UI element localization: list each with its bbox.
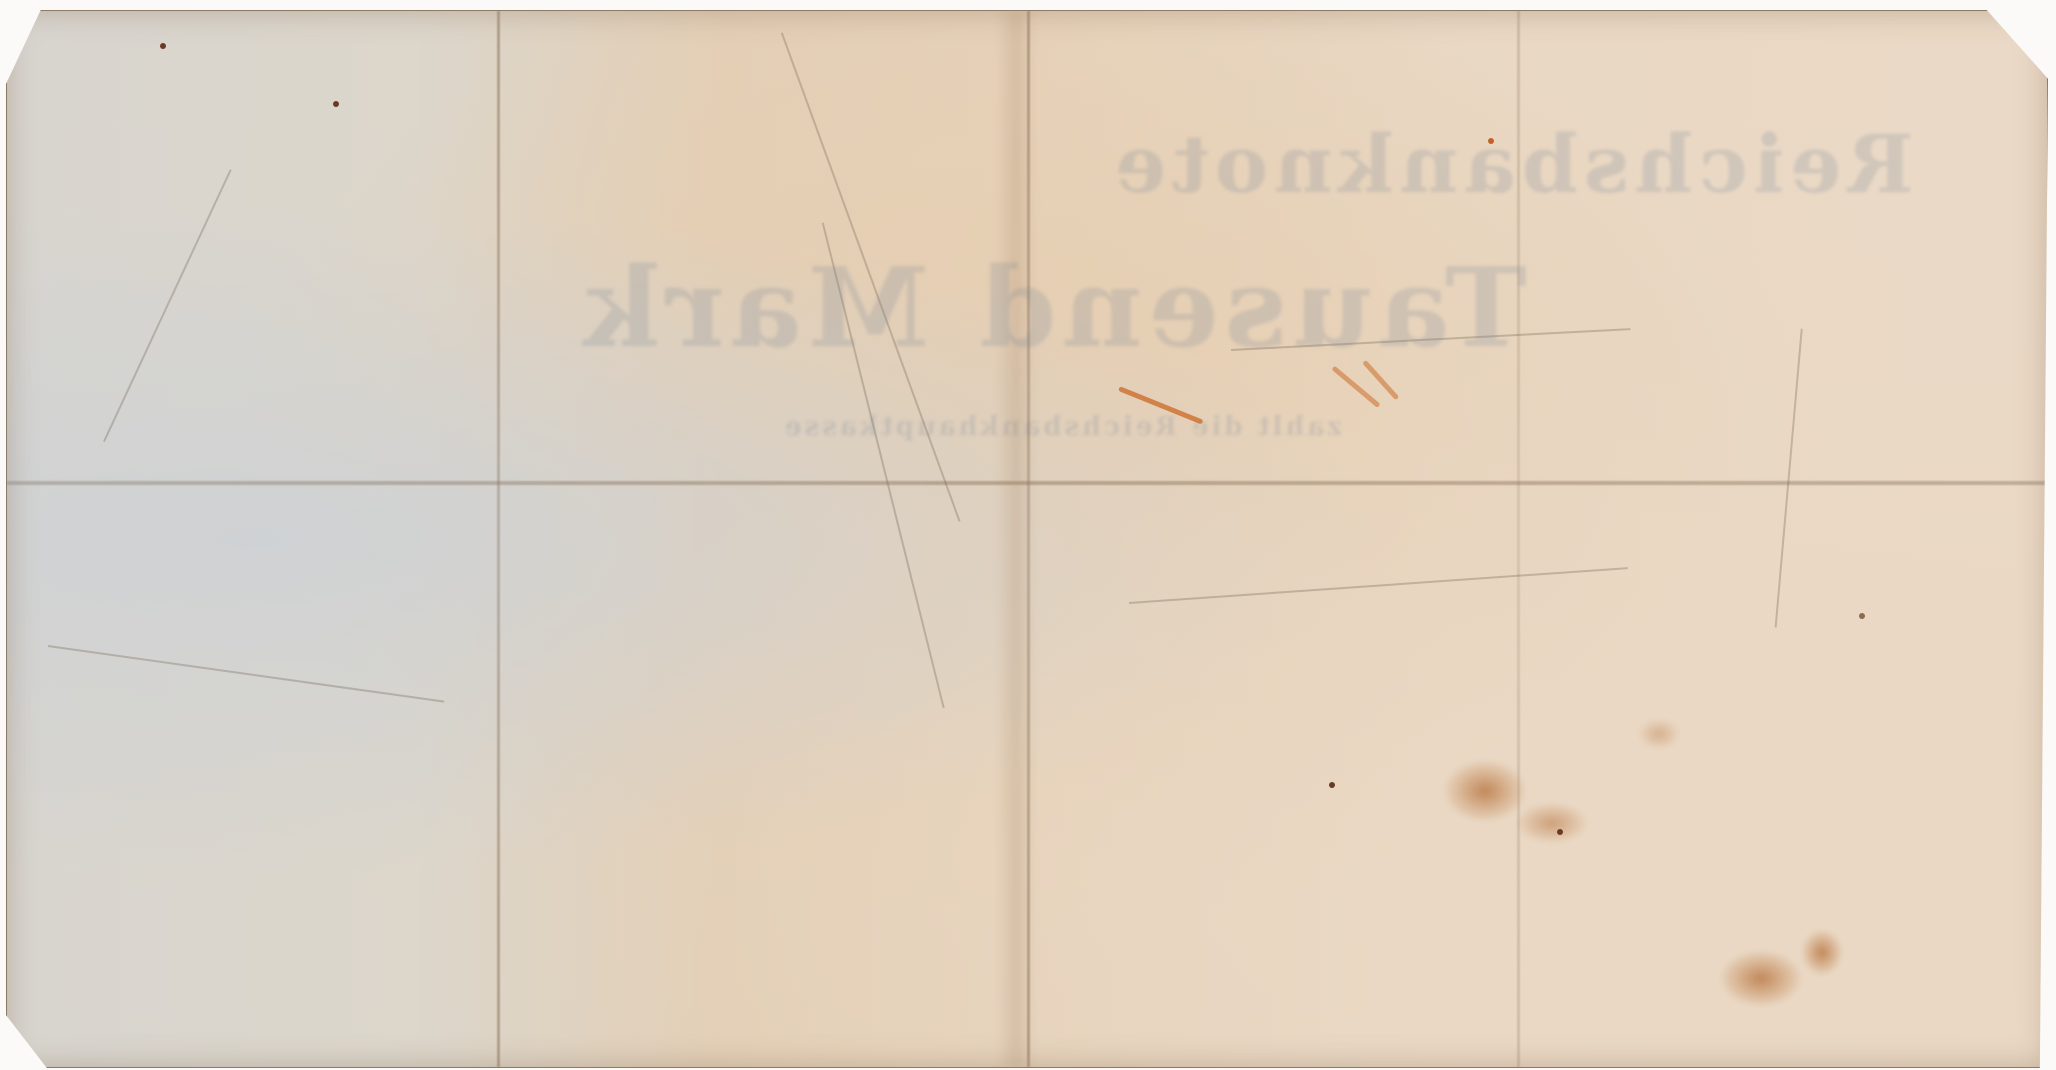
stain bbox=[1802, 930, 1842, 975]
crease bbox=[104, 170, 232, 443]
stain bbox=[1517, 803, 1587, 843]
ghost-text-line1: Reichsbanknote bbox=[1109, 117, 1913, 211]
speck bbox=[333, 101, 339, 107]
crease bbox=[1775, 328, 1803, 627]
horizontal-fold bbox=[7, 481, 2047, 485]
vertical-fold-center-shadow bbox=[996, 11, 1036, 1067]
stain bbox=[1639, 719, 1679, 749]
crease bbox=[48, 645, 444, 702]
vertical-fold-left bbox=[497, 11, 500, 1067]
speck bbox=[1859, 613, 1865, 619]
vertical-fold-center bbox=[1027, 11, 1030, 1067]
ghost-text-line3: zahlt die Reichsbankhauptkasse bbox=[782, 412, 1342, 442]
speck bbox=[1329, 782, 1335, 788]
banknote-reverse: Reichsbanknote Tausend Mark zahlt die Re… bbox=[6, 10, 2048, 1068]
crease bbox=[1129, 567, 1628, 603]
ghost-text-line2: Tausend Mark bbox=[578, 243, 1527, 372]
speck bbox=[160, 43, 166, 49]
stain bbox=[1721, 951, 1801, 1006]
speck bbox=[1488, 138, 1494, 144]
stain bbox=[1445, 761, 1525, 821]
